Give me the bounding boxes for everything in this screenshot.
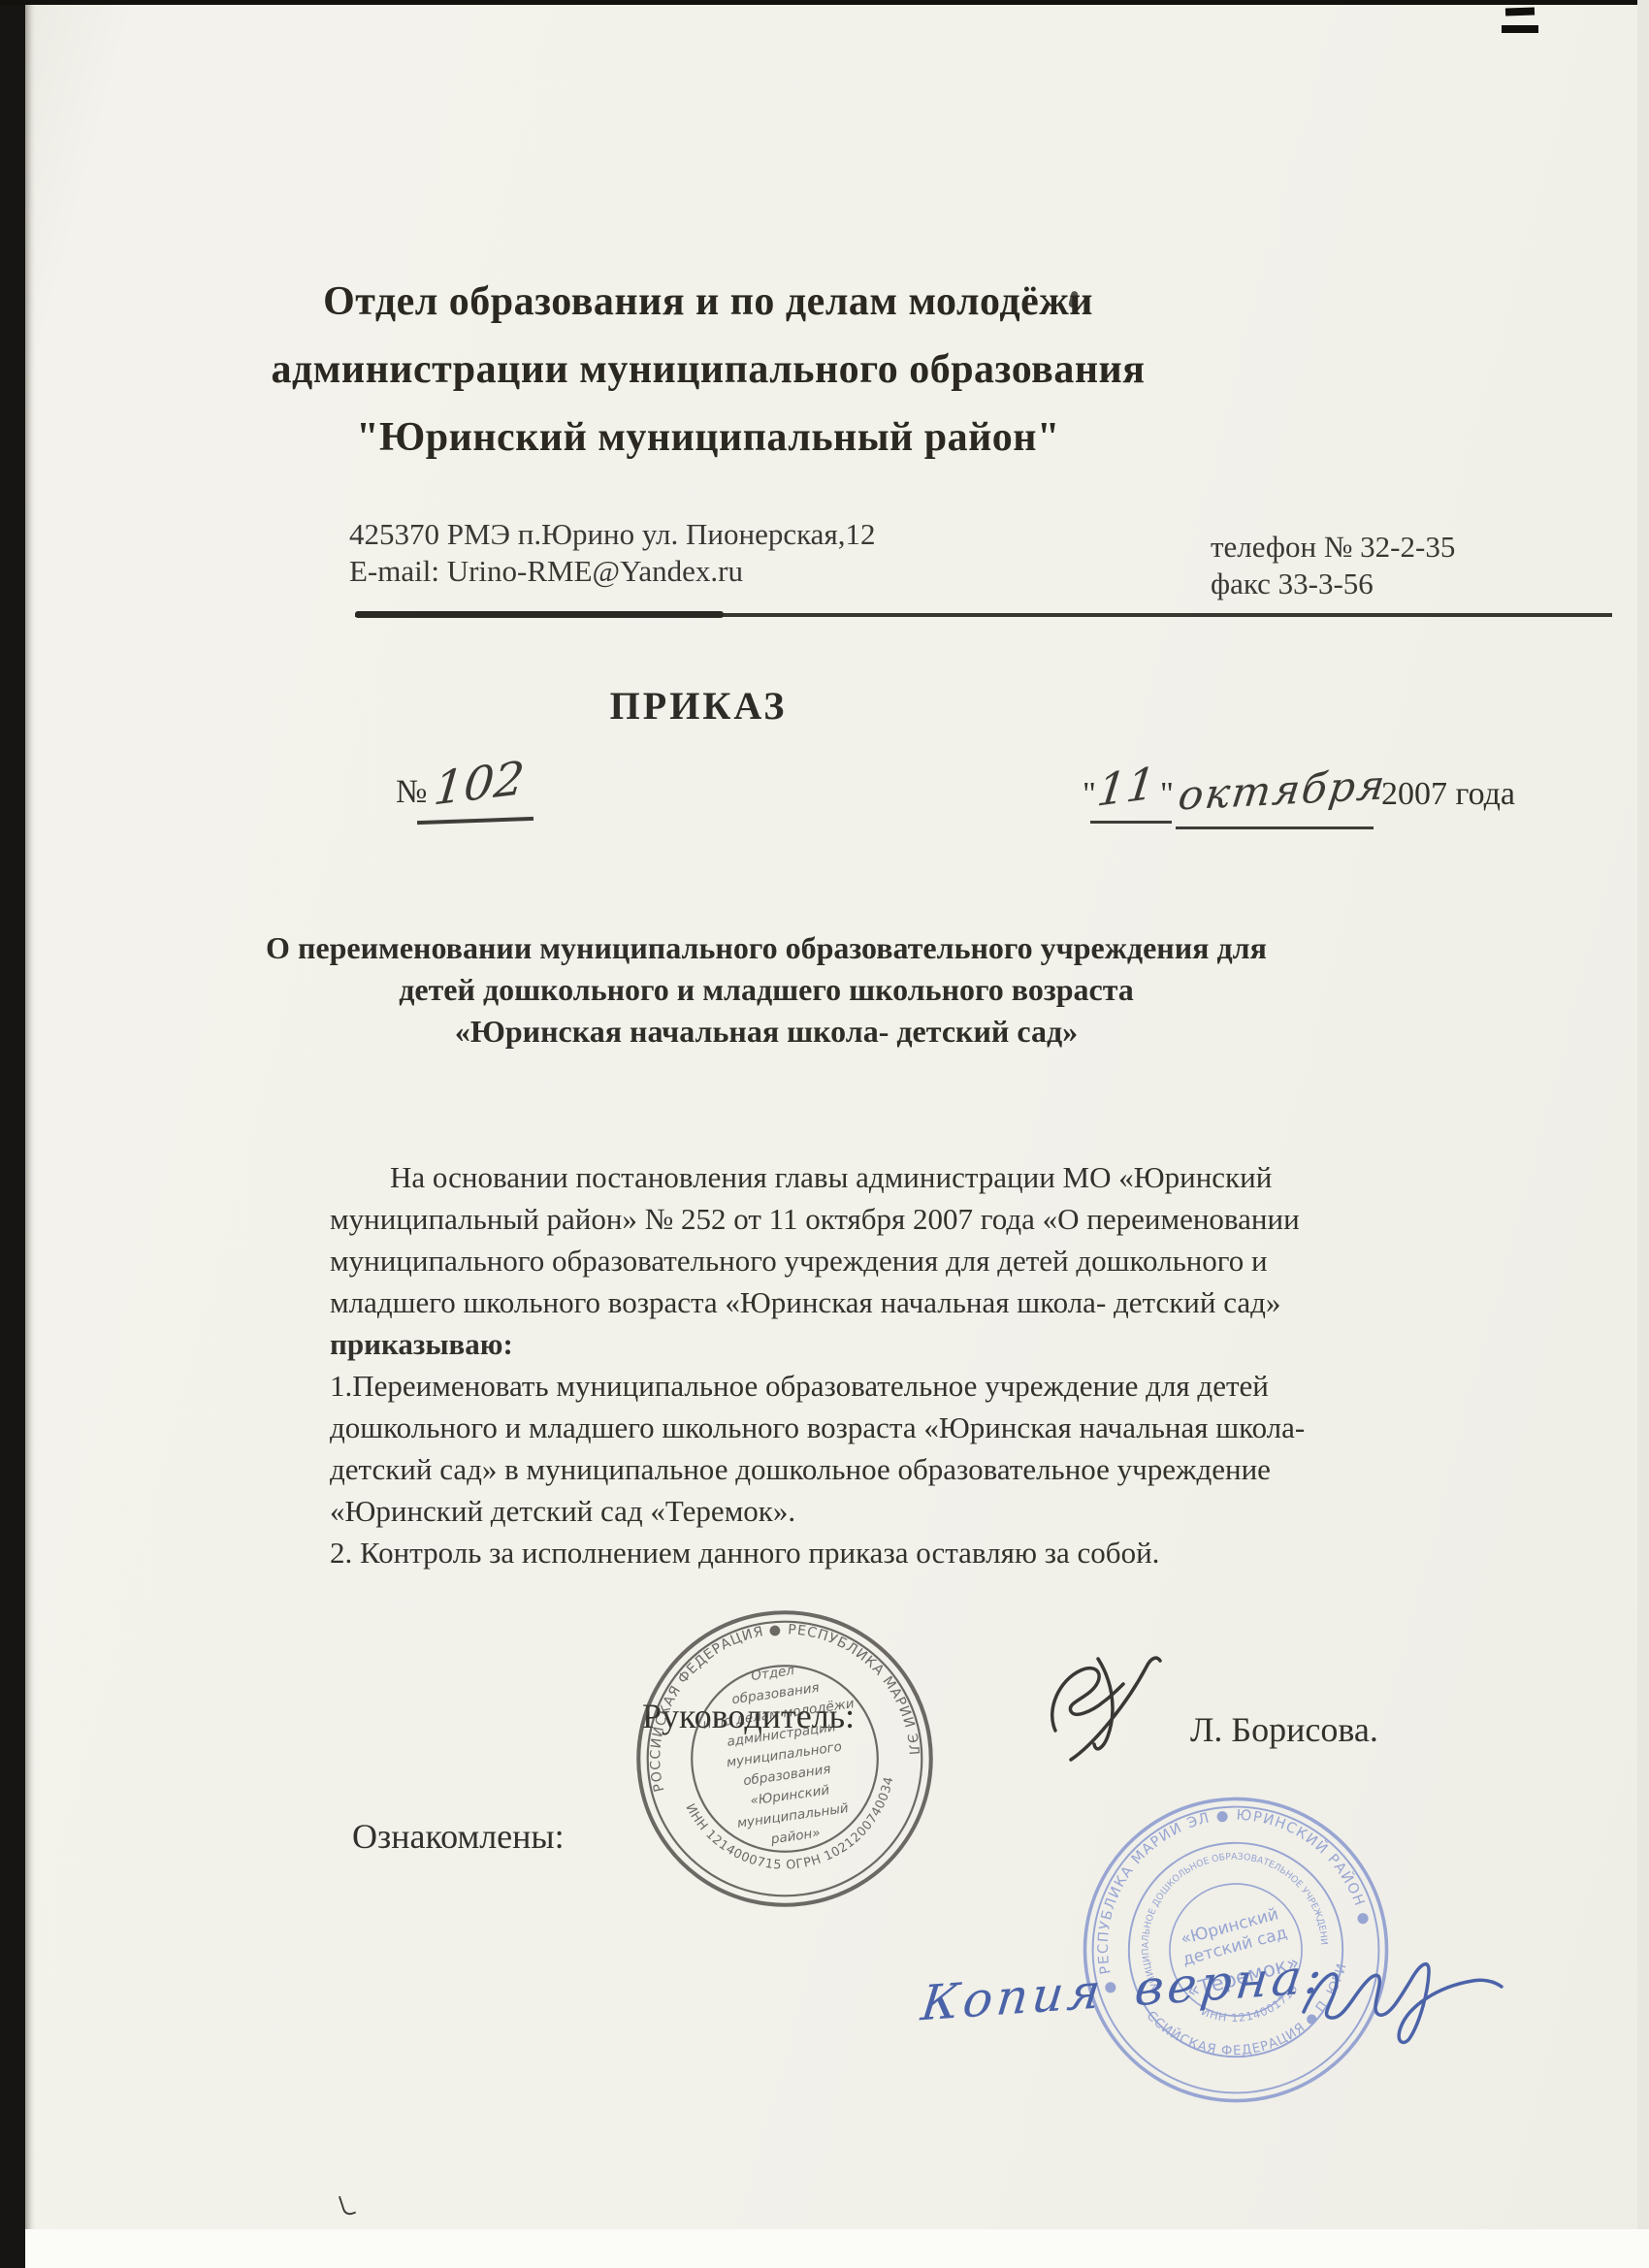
head-signature-ink <box>1038 1647 1174 1768</box>
head-signature-name: Л. Борисова. <box>1190 1709 1378 1750</box>
letterhead-title-line: Отдел образования и по делам молодёжи <box>175 268 1242 336</box>
order-body-line: 2. Контроль за исполнением данного прика… <box>330 1532 1343 1573</box>
date-open-quote: " <box>1083 776 1096 813</box>
order-subject-line: «Юринская начальная школа- детский сад» <box>233 1011 1300 1053</box>
order-number-handwritten: 102 <box>432 752 527 817</box>
acknowledged-label: Ознакомлены: <box>352 1816 565 1857</box>
order-body-line: дошкольного и младшего школьного возраст… <box>330 1407 1343 1448</box>
letterhead-title-line: администрации муниципального образования <box>175 336 1242 404</box>
scan-edge-left <box>0 0 25 2268</box>
letterhead-address-block: 425370 РМЭ п.Юрино ул. Пионерская,12 E-m… <box>349 516 875 590</box>
underline <box>1090 821 1172 824</box>
order-number-label: № <box>396 774 427 811</box>
scan-edge-right <box>1637 0 1649 2268</box>
order-body-line: 1.Переименовать муниципальное образовате… <box>330 1365 1343 1407</box>
order-body: На основании постановления главы админис… <box>330 1156 1343 1573</box>
order-body-line: муниципальный район» № 252 от 11 октября… <box>330 1198 1343 1240</box>
signature-stroke <box>1304 1964 1502 2043</box>
document-scan: Отдел образования и по делам молодёжи ад… <box>0 0 1649 2268</box>
scan-artifact-mark <box>339 2193 356 2218</box>
copy-certified-signature-ink <box>1292 1942 1515 2049</box>
scan-edge-top <box>0 0 1649 5</box>
underline <box>417 817 533 825</box>
order-body-line: младшего школьного возраста «Юринская на… <box>330 1281 1343 1323</box>
order-body-line: детский сад» в муниципальное дошкольное … <box>330 1448 1343 1490</box>
address-line: 425370 РМЭ п.Юрино ул. Пионерская,12 <box>349 516 875 553</box>
order-subject: О переименовании муниципального образова… <box>233 927 1300 1053</box>
order-body-line: «Юринский детский сад «Теремок». <box>330 1490 1343 1532</box>
stamp-center-line: район» <box>769 1826 822 1848</box>
order-subject-line: детей дошкольного и младшего школьного в… <box>233 969 1300 1011</box>
letterhead-divider-segment <box>355 611 724 618</box>
signature-stroke <box>1052 1658 1160 1760</box>
phone-line: телефон № 32-2-35 <box>1211 529 1455 566</box>
scan-edge-bottom <box>25 2229 1649 2268</box>
date-month-handwritten: октября <box>1176 761 1389 819</box>
date-day-handwritten: 11 <box>1094 757 1158 817</box>
order-subject-line: О переименовании муниципального образова… <box>233 927 1300 969</box>
order-body-line: На основании постановления главы админис… <box>330 1156 1343 1198</box>
email-line: E-mail: Urino-RME@Yandex.ru <box>349 553 875 590</box>
letterhead-contacts-block: телефон № 32-2-35 факс 33-3-56 <box>1211 529 1455 602</box>
scan-artifact-dash <box>1502 25 1538 33</box>
stamp-center-line: Отдел <box>750 1663 795 1684</box>
scan-artifact-dash <box>1505 7 1535 16</box>
order-body-line: приказываю: <box>330 1323 1343 1365</box>
underline <box>1176 826 1374 829</box>
letterhead-title-line: "Юринский муниципальный район" <box>175 404 1242 471</box>
fax-line: факс 33-3-56 <box>1211 566 1455 602</box>
document-type-heading: ПРИКАЗ <box>233 683 1164 729</box>
official-stamp-black: РОССИЙСКАЯ ФЕДЕРАЦИЯ ● РЕСПУБЛИКА МАРИЙ … <box>632 1606 937 1911</box>
order-body-line: муниципального образовательного учрежден… <box>330 1240 1343 1281</box>
date-year: 2007 года <box>1381 776 1515 813</box>
date-close-quote: " <box>1160 776 1174 813</box>
letterhead-title: Отдел образования и по делам молодёжи ад… <box>175 268 1242 471</box>
